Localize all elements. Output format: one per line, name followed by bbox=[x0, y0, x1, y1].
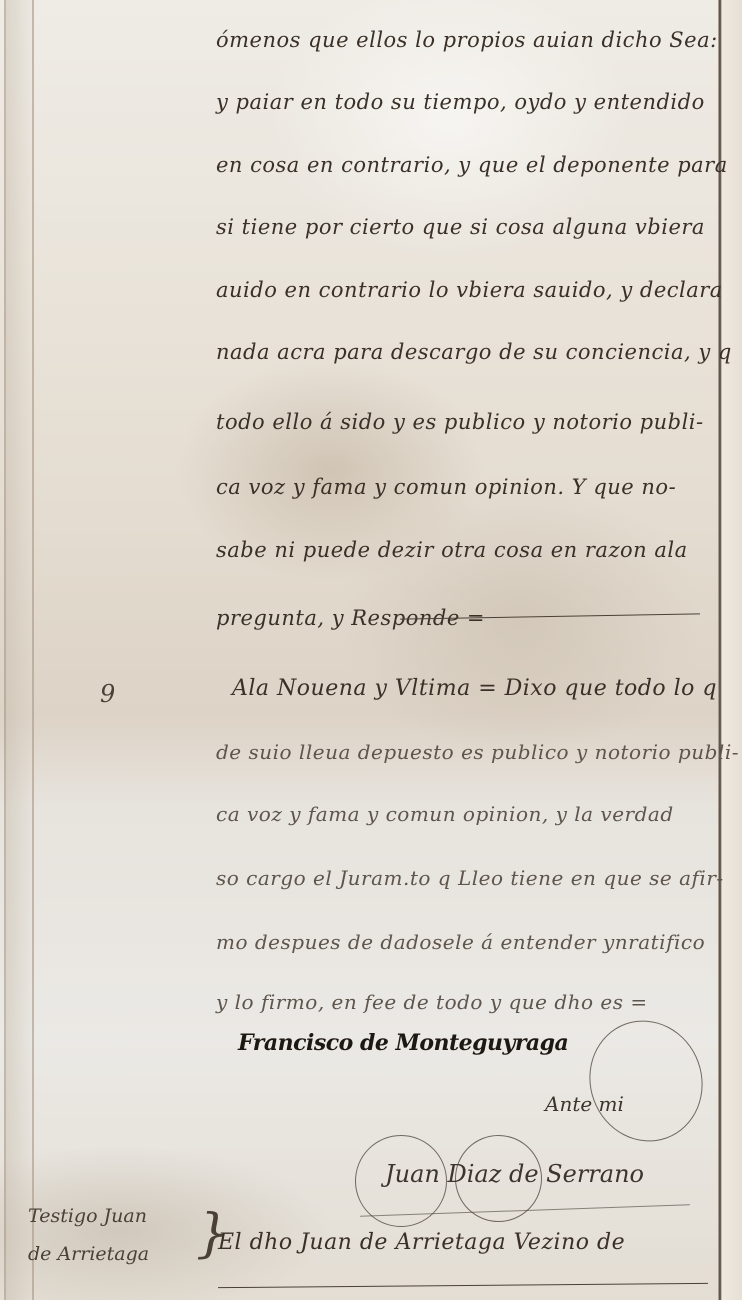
answer-line: de suio lleua depuesto es publico y noto… bbox=[216, 740, 739, 764]
answer-line: so cargo el Juram.to q Lleo tiene en que… bbox=[216, 866, 724, 890]
answer-line: ca voz y fama y comun opinion, y la verd… bbox=[216, 802, 674, 826]
binding-edge bbox=[4, 0, 34, 1300]
body-line: auido en contrario lo vbiera sauido, y d… bbox=[216, 278, 723, 302]
body-line: si tiene por cierto que si cosa alguna v… bbox=[216, 215, 705, 239]
body-line: en cosa en contrario, y que el deponente… bbox=[216, 153, 728, 177]
answer-line: Ala Nouena y Vltima = Dixo que todo lo q bbox=[232, 676, 717, 701]
body-line: todo ello á sido y es publico y notorio … bbox=[216, 410, 704, 434]
margin-note-witness: Testigo Juan bbox=[28, 1205, 147, 1227]
notary-attestation: Ante mi bbox=[545, 1092, 624, 1116]
signature-flourish bbox=[573, 1005, 720, 1158]
witness-signature: Francisco de Monteguyraga bbox=[238, 1030, 568, 1056]
page-edge bbox=[718, 0, 742, 1300]
manuscript-page: ómenos que ellos lo propios auian dicho … bbox=[0, 0, 742, 1300]
body-line: y paiar en todo su tiempo, oydo y entend… bbox=[216, 90, 705, 114]
body-line: ca voz y fama y comun opinion. Y que no- bbox=[216, 475, 676, 499]
notary-signature: Juan Diaz de Serrano bbox=[385, 1160, 644, 1188]
margin-note-witness: de Arrietaga bbox=[28, 1243, 149, 1265]
body-line: sabe ni puede dezir otra cosa en razon a… bbox=[216, 538, 688, 562]
answer-line: mo despues de dadosele á entender ynrati… bbox=[216, 930, 705, 954]
question-number: 9 bbox=[100, 680, 115, 708]
bottom-rule bbox=[218, 1283, 708, 1288]
body-line: nada acra para descargo de su conciencia… bbox=[216, 340, 732, 364]
body-line: ómenos que ellos lo propios auian dicho … bbox=[216, 28, 718, 52]
footer-line: El dho Juan de Arrietaga Vezino de bbox=[218, 1230, 625, 1255]
answer-line: y lo firmo, en fee de todo y que dho es … bbox=[216, 990, 648, 1014]
